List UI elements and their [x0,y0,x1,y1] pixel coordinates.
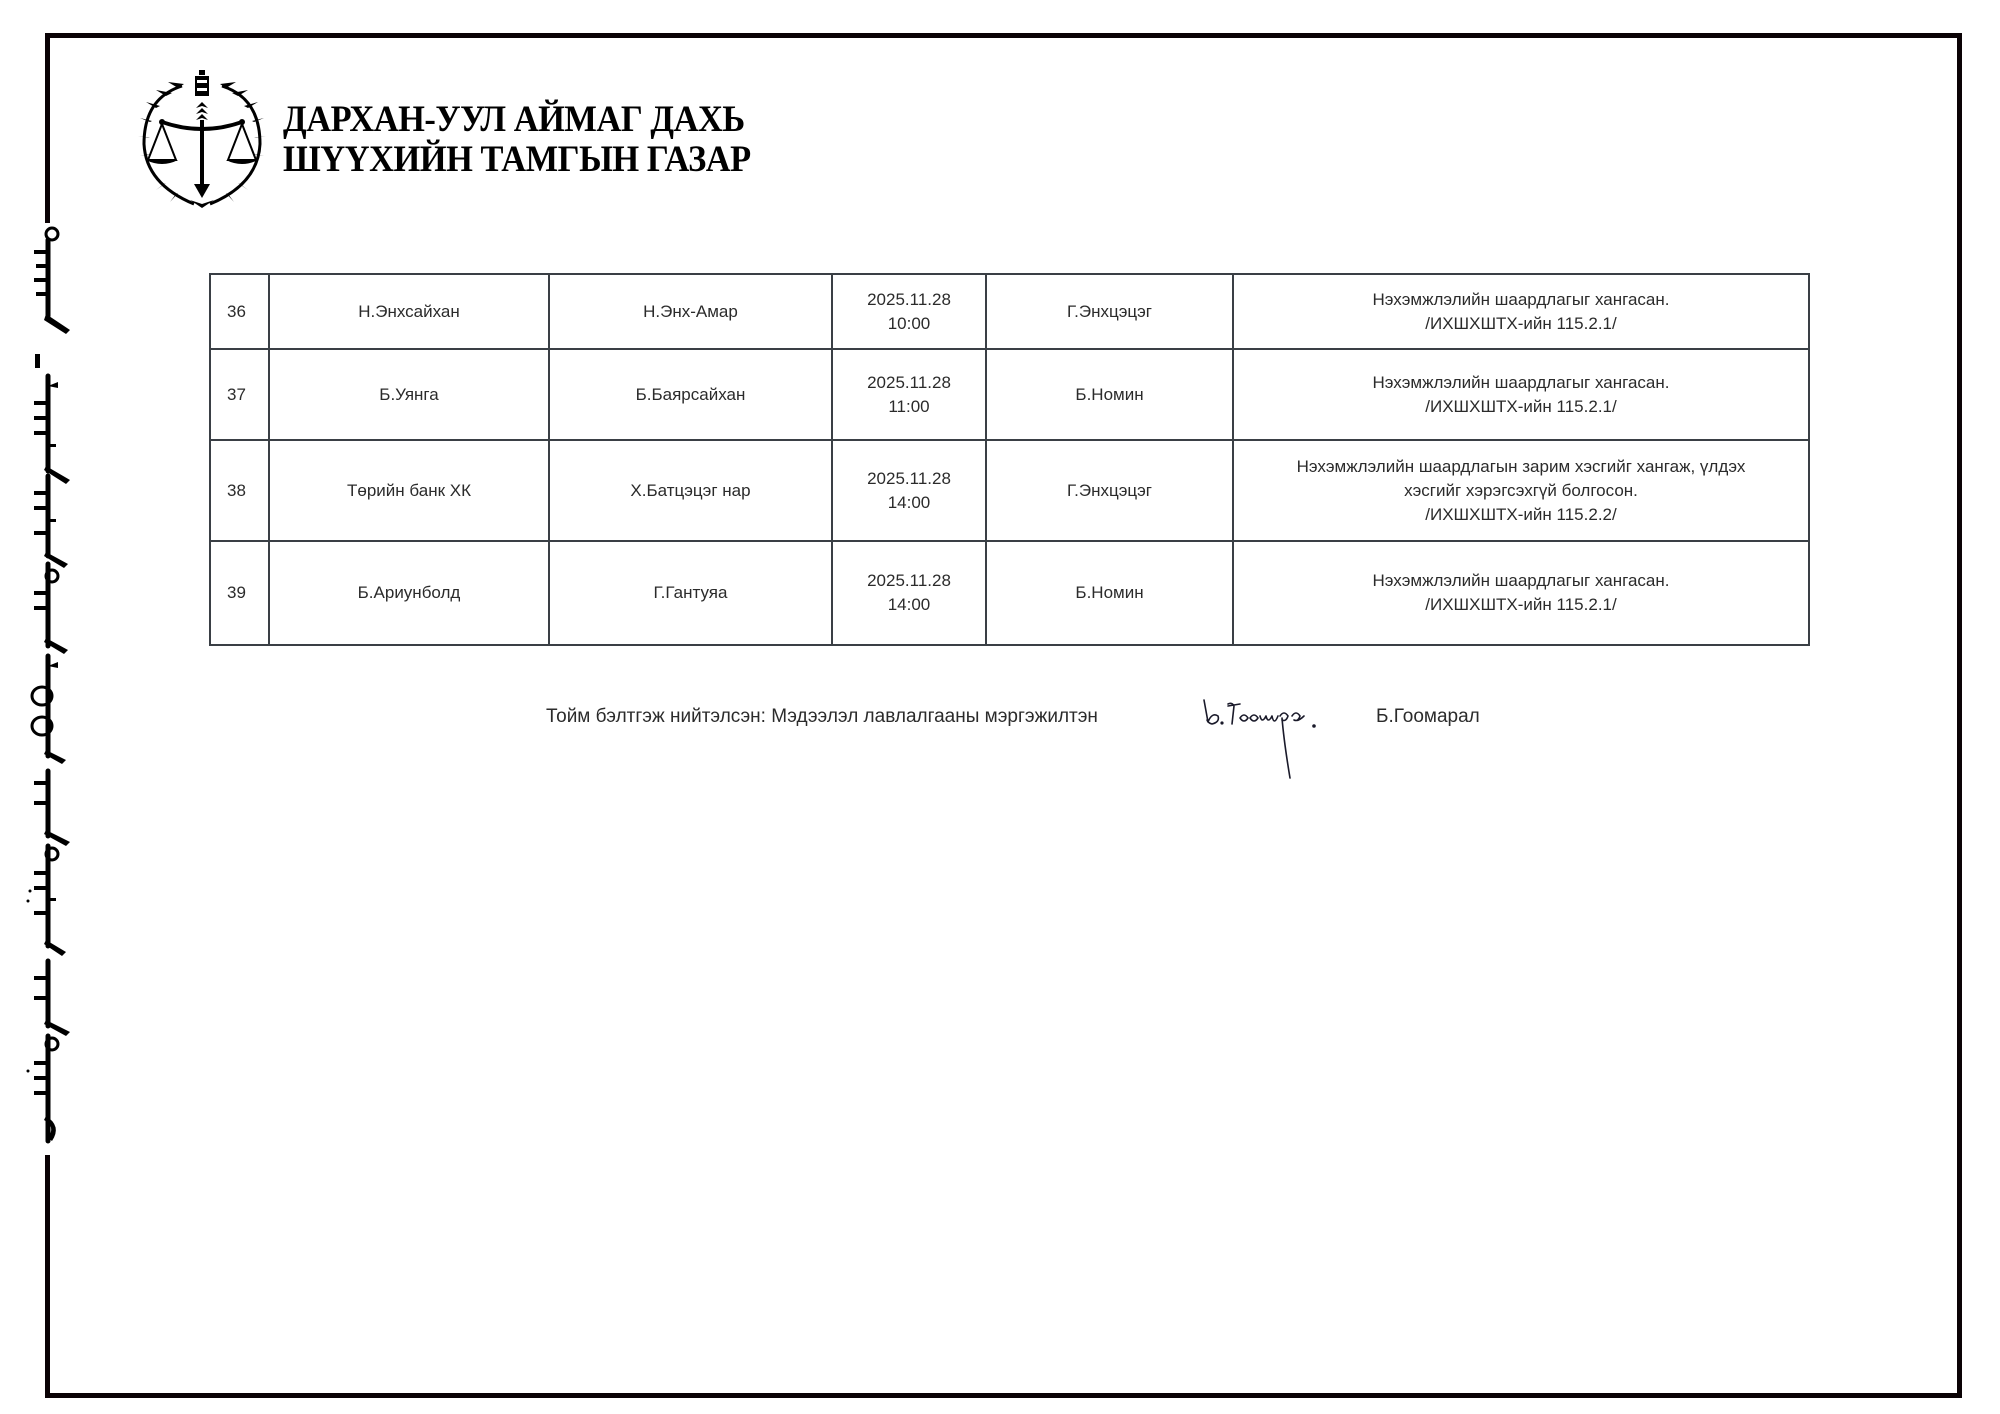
decision-result-text: Нэхэмжлэлийн шаардлагын зарим хэсгийг ха… [1240,455,1802,479]
hearing-datetime-cell: 2025.11.2814:00 [832,440,986,541]
page-frame-top [45,33,1962,38]
decision-result-text: /ИХШХШТХ-ийн 115.2.1/ [1240,593,1802,617]
decision-result-text: Нэхэмжлэлийн шаардлагыг хангасан. [1240,288,1802,312]
decision-result-text: /ИХШХШТХ-ийн 115.2.2/ [1240,503,1802,527]
defendant-text: Г.Гантуяа [556,581,825,605]
decision-result-text: хэсгийг хэрэгсэхгүй болгосон. [1240,479,1802,503]
page-frame-right [1957,33,1962,1398]
court-emblem-icon [138,68,266,208]
table-row: 36Н.ЭнхсайханН.Энх-Амар2025.11.2810:00Г.… [210,274,1809,349]
decision-result-text: Нэхэмжлэлийн шаардлагыг хангасан. [1240,371,1802,395]
case-number-cell: 36 [210,274,269,349]
table-row: 37Б.УянгаБ.Баярсайхан2025.11.2811:00Б.Но… [210,349,1809,440]
defendant-cell: Г.Гантуяа [549,541,832,645]
hearing-datetime-text: 14:00 [839,491,979,515]
decision-result-text: Нэхэмжлэлийн шаардлагыг хангасан. [1240,569,1802,593]
organization-title-line2: ШҮҮХИЙН ТАМГЫН ГАЗАР [283,140,751,180]
mongolian-script-icon [22,226,82,1148]
hearing-datetime-text: 10:00 [839,312,979,336]
hearing-datetime-text: 2025.11.28 [839,288,979,312]
case-number-text: 39 [227,581,262,605]
defendant-cell: Б.Баярсайхан [549,349,832,440]
decision-result-cell: Нэхэмжлэлийн шаардлагын зарим хэсгийг ха… [1233,440,1809,541]
organization-title-line1: ДАРХАН-УУЛ АЙМАГ ДАХЬ [283,100,751,140]
plaintiff-text: Б.Уянга [276,383,542,407]
plaintiff-cell: Б.Ариунболд [269,541,549,645]
hearing-datetime-text: 11:00 [839,395,979,419]
case-number-text: 36 [227,300,262,324]
table-row: 39Б.АриунболдГ.Гантуяа2025.11.2814:00Б.Н… [210,541,1809,645]
defendant-text: Б.Баярсайхан [556,383,825,407]
decision-result-text: /ИХШХШТХ-ийн 115.2.1/ [1240,312,1802,336]
prepared-by-label: Тойм бэлтгэж нийтэлсэн: Мэдээлэл лавлалг… [546,706,1098,728]
hearing-datetime-cell: 2025.11.2814:00 [832,541,986,645]
judge-text: Б.Номин [993,581,1226,605]
case-number-text: 38 [227,479,262,503]
signature-icon [1198,692,1348,782]
judge-text: Б.Номин [993,383,1226,407]
judge-cell: Б.Номин [986,349,1233,440]
judge-cell: Б.Номин [986,541,1233,645]
judge-text: Г.Энхцэцэг [993,479,1226,503]
decision-result-cell: Нэхэмжлэлийн шаардлагыг хангасан./ИХШХШТ… [1233,541,1809,645]
decision-result-text: /ИХШХШТХ-ийн 115.2.1/ [1240,395,1802,419]
hearing-datetime-cell: 2025.11.2811:00 [832,349,986,440]
defendant-text: Н.Энх-Амар [556,300,825,324]
signer-name: Б.Гоомарал [1376,706,1480,728]
decision-result-cell: Нэхэмжлэлийн шаардлагыг хангасан./ИХШХШТ… [1233,274,1809,349]
page-frame-left-lower [45,1155,50,1398]
plaintiff-text: Н.Энхсайхан [276,300,542,324]
plaintiff-text: Б.Ариунболд [276,581,542,605]
hearing-datetime-cell: 2025.11.2810:00 [832,274,986,349]
court-cases-table: 36Н.ЭнхсайханН.Энх-Амар2025.11.2810:00Г.… [209,273,1810,646]
organization-title: ДАРХАН-УУЛ АЙМАГ ДАХЬ ШҮҮХИЙН ТАМГЫН ГАЗ… [283,100,751,180]
plaintiff-text: Төрийн банк ХК [276,479,542,503]
hearing-datetime-text: 2025.11.28 [839,371,979,395]
plaintiff-cell: Н.Энхсайхан [269,274,549,349]
decision-result-cell: Нэхэмжлэлийн шаардлагыг хангасан./ИХШХШТ… [1233,349,1809,440]
plaintiff-cell: Б.Уянга [269,349,549,440]
case-number-cell: 39 [210,541,269,645]
defendant-cell: Х.Батцэцэг нар [549,440,832,541]
table-row: 38Төрийн банк ХКХ.Батцэцэг нар2025.11.28… [210,440,1809,541]
case-number-cell: 38 [210,440,269,541]
defendant-text: Х.Батцэцэг нар [556,479,825,503]
case-number-cell: 37 [210,349,269,440]
judge-text: Г.Энхцэцэг [993,300,1226,324]
hearing-datetime-text: 2025.11.28 [839,467,979,491]
judge-cell: Г.Энхцэцэг [986,440,1233,541]
page-frame-bottom [45,1393,1962,1398]
case-number-text: 37 [227,383,262,407]
hearing-datetime-text: 2025.11.28 [839,569,979,593]
hearing-datetime-text: 14:00 [839,593,979,617]
page-frame-left-upper [45,33,50,223]
judge-cell: Г.Энхцэцэг [986,274,1233,349]
plaintiff-cell: Төрийн банк ХК [269,440,549,541]
defendant-cell: Н.Энх-Амар [549,274,832,349]
